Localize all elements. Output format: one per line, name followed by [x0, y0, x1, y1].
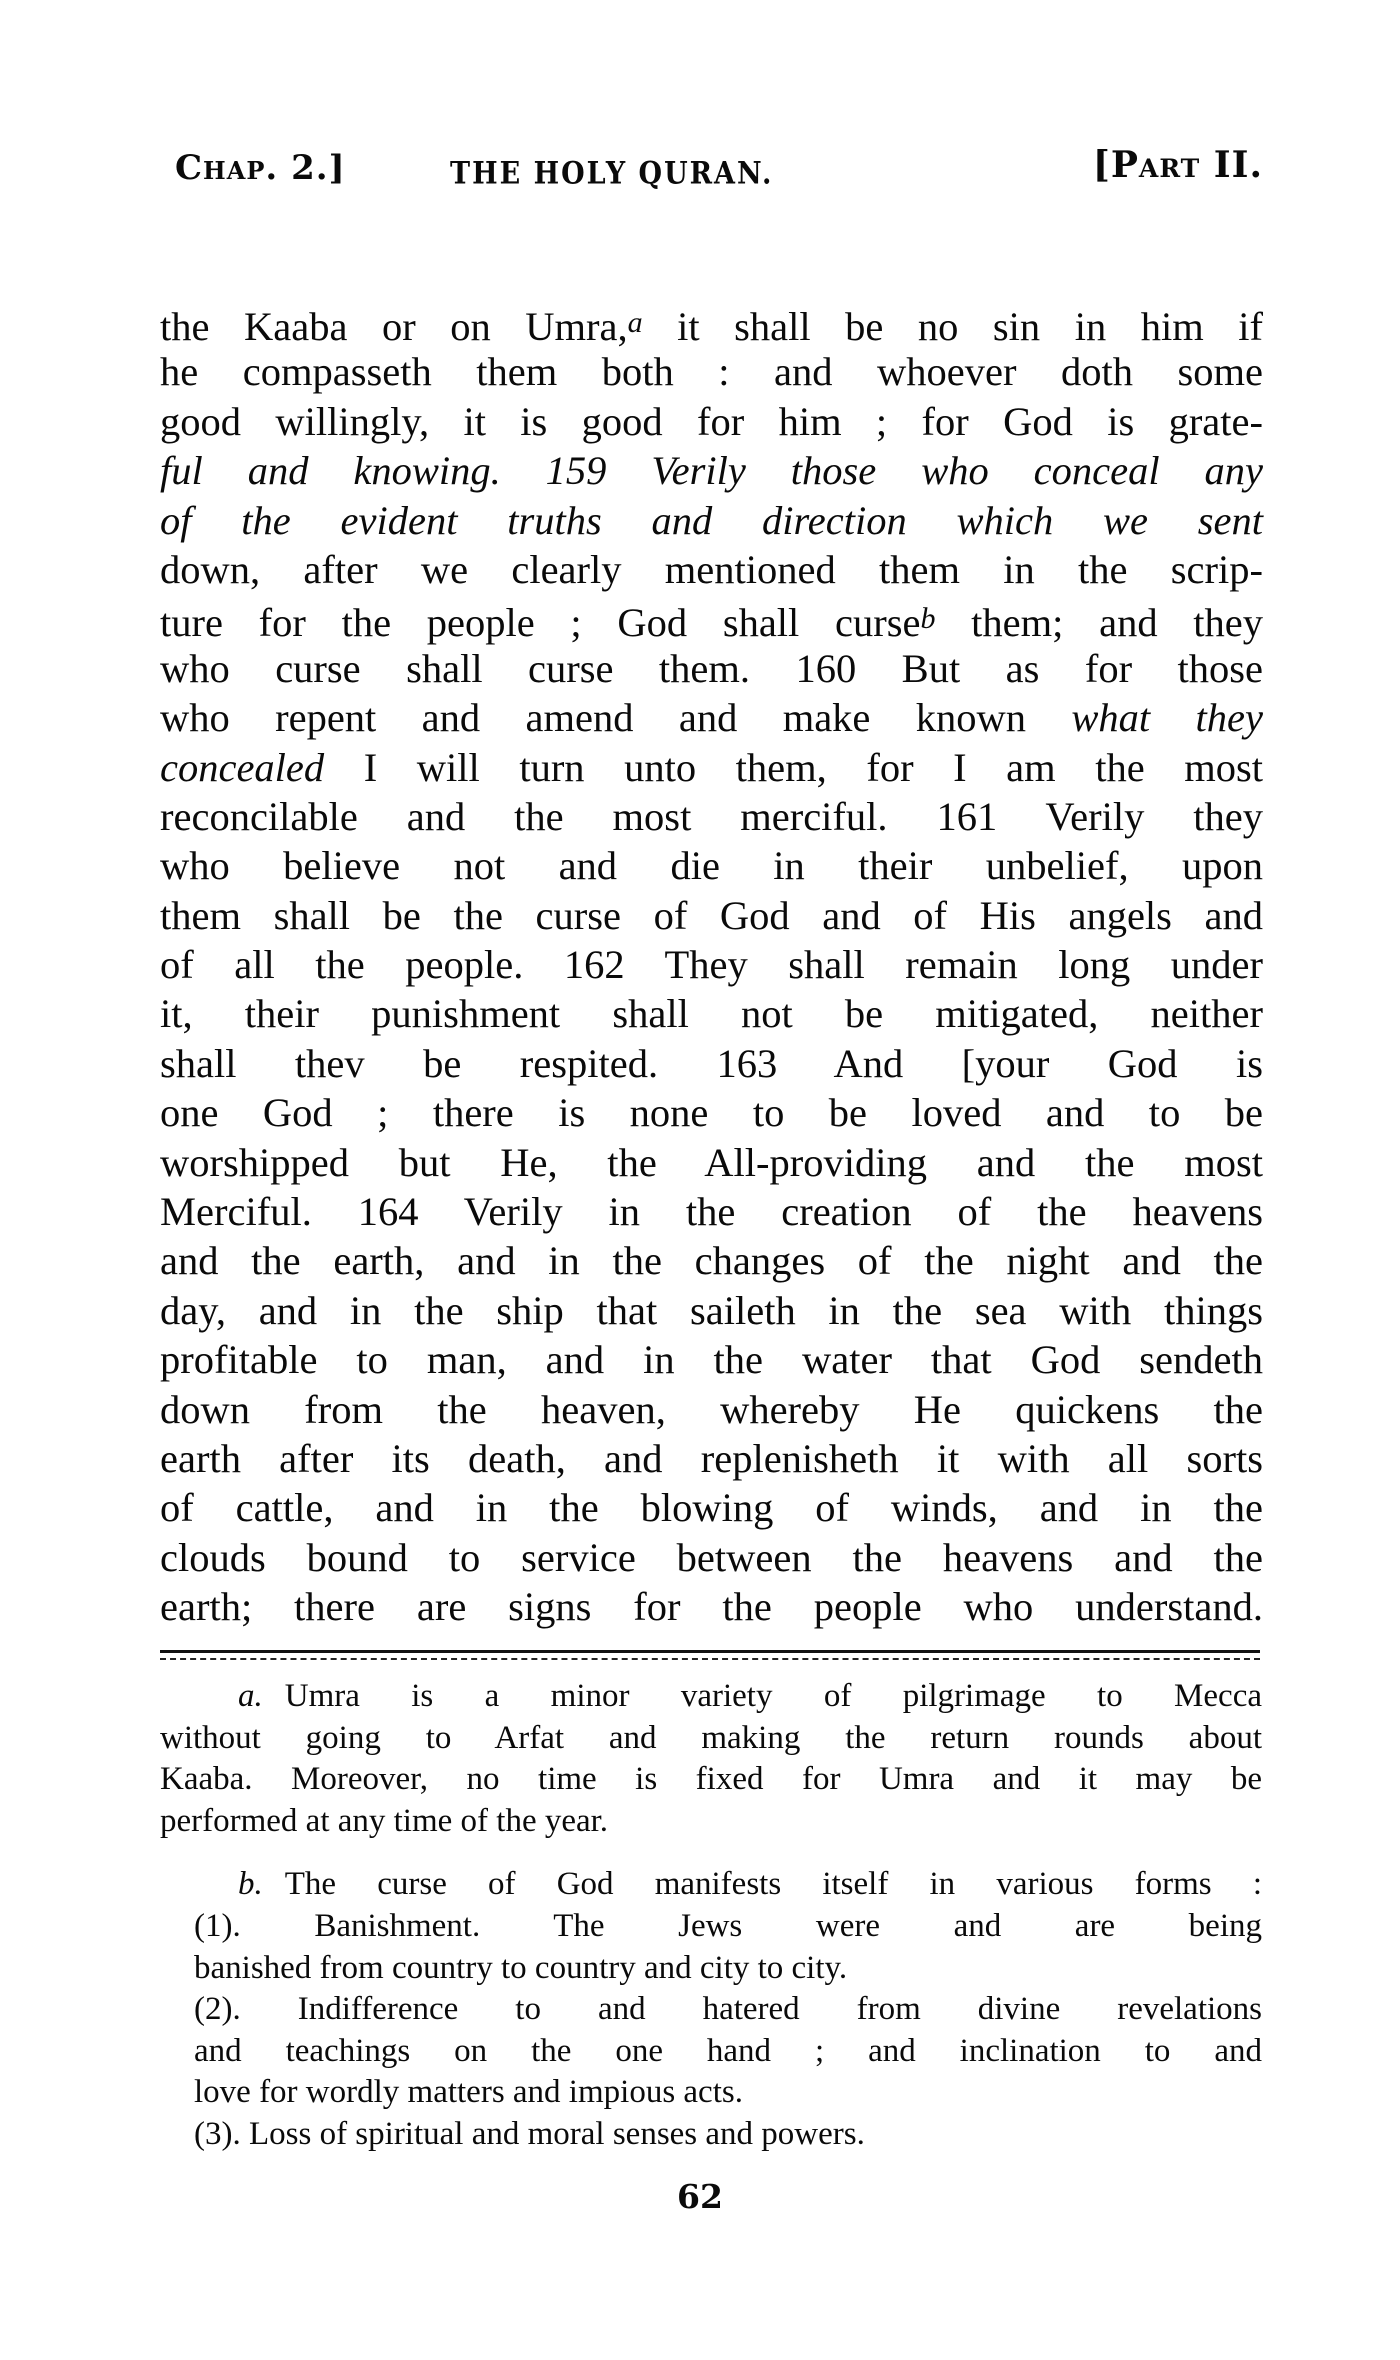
text-line: who curse shall curse them. 160 But as f…	[160, 644, 1263, 693]
footnote-line: love for wordly matters and impious acts…	[160, 2072, 1262, 2114]
footnote-line: (2). Indifference to and hatered from di…	[160, 1989, 1262, 2031]
text-line: reconcilable and the most merciful. 161 …	[160, 792, 1263, 841]
chapter-label: Chap. 2.]	[175, 148, 346, 188]
text-line: who repent and amend and make known what…	[160, 693, 1263, 742]
text-line: of the evident truths and direction whic…	[160, 496, 1263, 545]
text-line: them shall be the curse of God and of Hi…	[160, 891, 1263, 940]
text-line: and the earth, and in the changes of the…	[160, 1236, 1263, 1285]
text-line: earth after its death, and replenisheth …	[160, 1434, 1263, 1483]
running-head: Chap. 2.] THE HOLY QURAN. [Part II.	[175, 148, 1263, 198]
text-line: day, and in the ship that saileth in the…	[160, 1286, 1263, 1335]
text-line: worshipped but He, the All-providing and…	[160, 1138, 1263, 1187]
footnote-line: without going to Arfat and making the re…	[160, 1718, 1262, 1760]
book-title: THE HOLY QURAN.	[450, 156, 773, 192]
main-text: the Kaaba or on Umra,a it shall be no si…	[160, 298, 1263, 1632]
text-line: who believe not and die in their unbelie…	[160, 841, 1263, 890]
text-line: of all the people. 162 They shall remain…	[160, 940, 1263, 989]
footnote-line: Kaaba. Moreover, no time is fixed for Um…	[160, 1759, 1262, 1801]
footnote-line: (3). Loss of spiritual and moral senses …	[160, 2114, 1262, 2156]
footnote-line: performed at any time of the year.	[160, 1801, 1262, 1843]
page-number: 62	[0, 2177, 1400, 2216]
footnotes: a.Umra is a minor variety of pilgrimage …	[160, 1676, 1262, 2156]
text-line: clouds bound to service between the heav…	[160, 1533, 1263, 1582]
text-line: one God ; there is none to be loved and …	[160, 1088, 1263, 1137]
footnote-label-b: b.	[238, 1866, 263, 1902]
text-line: it, their punishment shall not be mitiga…	[160, 989, 1263, 1038]
text-line: profitable to man, and in the water that…	[160, 1335, 1263, 1384]
text-line: down from the heaven, whereby He quicken…	[160, 1385, 1263, 1434]
footnote-line: b.The curse of God manifests itself in v…	[160, 1864, 1262, 1906]
text-line: down, after we clearly mentioned them in…	[160, 545, 1263, 594]
text-line: earth; there are signs for the people wh…	[160, 1582, 1263, 1631]
footnote-line: and teachings on the one hand ; and incl…	[160, 2031, 1262, 2073]
footnote-divider	[160, 1650, 1260, 1653]
footnote-divider-secondary	[160, 1658, 1260, 1660]
footnote-line: (1). Banishment. The Jews were and are b…	[160, 1906, 1262, 1948]
text-line: he compasseth them both : and whoever do…	[160, 347, 1263, 396]
footnote-line: banished from country to country and cit…	[160, 1948, 1262, 1990]
footnote-line: a.Umra is a minor variety of pilgrimage …	[160, 1676, 1262, 1718]
text-line: the Kaaba or on Umra,a it shall be no si…	[160, 298, 1263, 347]
text-line: Merciful. 164 Verily in the creation of …	[160, 1187, 1263, 1236]
part-label: [Part II.	[1093, 144, 1263, 186]
footnote-label-a: a.	[238, 1678, 263, 1714]
footnote-b: b.The curse of God manifests itself in v…	[160, 1864, 1262, 2155]
footnote-a: a.Umra is a minor variety of pilgrimage …	[160, 1676, 1262, 1842]
text-line: shall thev be respited. 163 And [your Go…	[160, 1039, 1263, 1088]
text-line: ture for the people ; God shall curseb t…	[160, 594, 1263, 643]
footnote-marker-a: a	[628, 306, 643, 339]
footnote-marker-b: b	[920, 602, 935, 635]
text-line: ful and knowing. 159 Verily those who co…	[160, 446, 1263, 495]
text-line: of cattle, and in the blowing of winds, …	[160, 1483, 1263, 1532]
text-line: concealed I will turn unto them, for I a…	[160, 743, 1263, 792]
text-line: good willingly, it is good for him ; for…	[160, 397, 1263, 446]
